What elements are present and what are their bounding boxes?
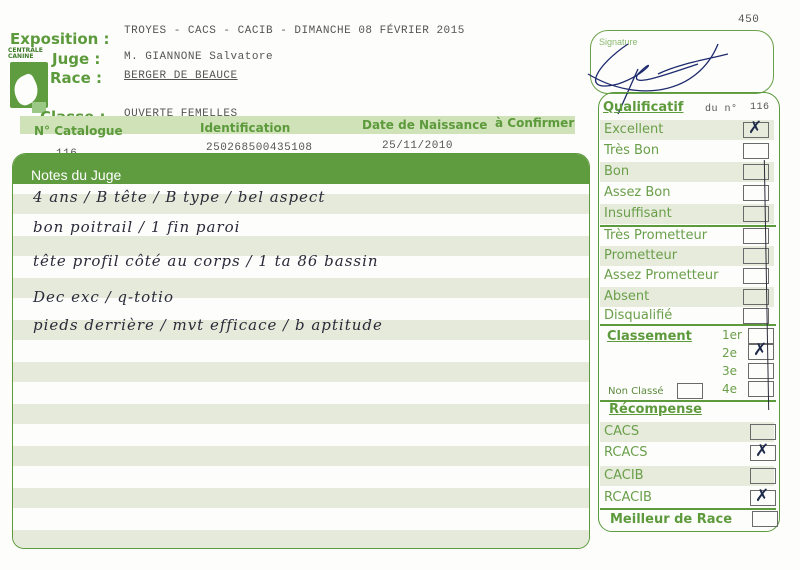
- classement-title: Classement: [607, 329, 692, 344]
- qualificatif-bon[interactable]: Bon: [600, 162, 774, 182]
- note-line: Dec exc / q-totio: [33, 288, 174, 306]
- rank-2-label: 2e: [722, 346, 737, 360]
- logo-text: CENTRALE CANINE: [8, 48, 48, 60]
- serial-number: 450: [738, 14, 759, 26]
- excellent-checkbox[interactable]: [743, 122, 769, 138]
- qualificatif-prometteur[interactable]: Prometteur: [600, 246, 774, 266]
- note-line: bon poitrail / 1 fin paroi: [33, 218, 240, 236]
- non-classe-checkbox[interactable]: [677, 383, 703, 399]
- rcacs-checkbox[interactable]: [750, 445, 776, 461]
- rank-4-checkbox[interactable]: [748, 381, 774, 397]
- cacs-checkbox[interactable]: [750, 424, 776, 440]
- rank-3-label: 3e: [722, 364, 737, 378]
- divider: [600, 324, 776, 326]
- note-line: pieds derrière / mvt efficace / b aptitu…: [33, 316, 383, 334]
- qualificatif-excellent[interactable]: Excellent: [600, 120, 774, 140]
- qualificatif-tres-bon[interactable]: Très Bon: [600, 141, 774, 161]
- logo-icon: [10, 62, 48, 108]
- race-label: Race :: [50, 69, 102, 87]
- non-classe-label: Non Classé: [608, 386, 664, 397]
- note-line: tête profil côté au corps / 1 ta 86 bass…: [33, 252, 379, 270]
- du-no-value: 116: [750, 102, 770, 113]
- exposition-value: TROYES - CACS - CACIB - DIMANCHE 08 FÉVR…: [124, 25, 465, 37]
- recompense-title: Récompense: [609, 402, 702, 417]
- col-a-confirmer: à Confirmer: [495, 116, 574, 130]
- note-line: 4 ans / B tête / B type / bel aspect: [33, 188, 325, 206]
- qualificatif-insuffisant[interactable]: Insuffisant: [600, 204, 774, 224]
- cacib-checkbox[interactable]: [750, 468, 776, 484]
- notes-panel: Notes du Juge 4 ans / B tête / B type / …: [12, 153, 590, 549]
- recompense-cacib[interactable]: CACIB: [600, 466, 774, 486]
- notes-title: Notes du Juge: [13, 154, 589, 184]
- rank-1-label: 1er: [722, 328, 742, 342]
- race-value: BERGER DE BEAUCE: [124, 70, 238, 82]
- date-naissance-value: 25/11/2010: [382, 140, 453, 152]
- absent-checkbox[interactable]: [743, 289, 769, 305]
- recompense-rcacs[interactable]: RCACS: [600, 443, 774, 463]
- divider: [600, 508, 776, 510]
- rank-4-label: 4e: [722, 382, 737, 396]
- qualificatif-title: Qualificatif: [603, 100, 683, 115]
- recompense-rcacib[interactable]: RCACIB: [600, 488, 774, 508]
- col-identification: Identification: [200, 121, 290, 135]
- qualificatif-disqualifie[interactable]: Disqualifié: [600, 306, 774, 326]
- qualificatif-tres-prometteur[interactable]: Très Prometteur: [600, 226, 774, 246]
- tres-bon-checkbox[interactable]: [743, 143, 769, 159]
- rank-3-checkbox[interactable]: [748, 363, 774, 379]
- disqualifie-checkbox[interactable]: [743, 308, 769, 324]
- meilleur-race-label: Meilleur de Race: [610, 512, 732, 527]
- qualificatif-absent[interactable]: Absent: [600, 287, 774, 307]
- juge-label: Juge :: [52, 50, 100, 68]
- qualificatif-assez-prometteur[interactable]: Assez Prometteur: [600, 266, 774, 286]
- rank-2-checkbox[interactable]: [748, 344, 774, 360]
- qualificatif-assez-bon[interactable]: Assez Bon: [600, 183, 774, 203]
- col-catalogue: N° Catalogue: [34, 124, 123, 138]
- du-no-label: du n°: [705, 104, 738, 115]
- col-date-naissance: Date de Naissance: [362, 118, 487, 132]
- rcacib-checkbox[interactable]: [750, 490, 776, 506]
- meilleur-race-checkbox[interactable]: [752, 511, 778, 527]
- recompense-cacs[interactable]: CACS: [600, 422, 774, 442]
- exposition-label: Exposition :: [10, 30, 110, 48]
- juge-value: M. GIANNONE Salvatore: [124, 51, 273, 63]
